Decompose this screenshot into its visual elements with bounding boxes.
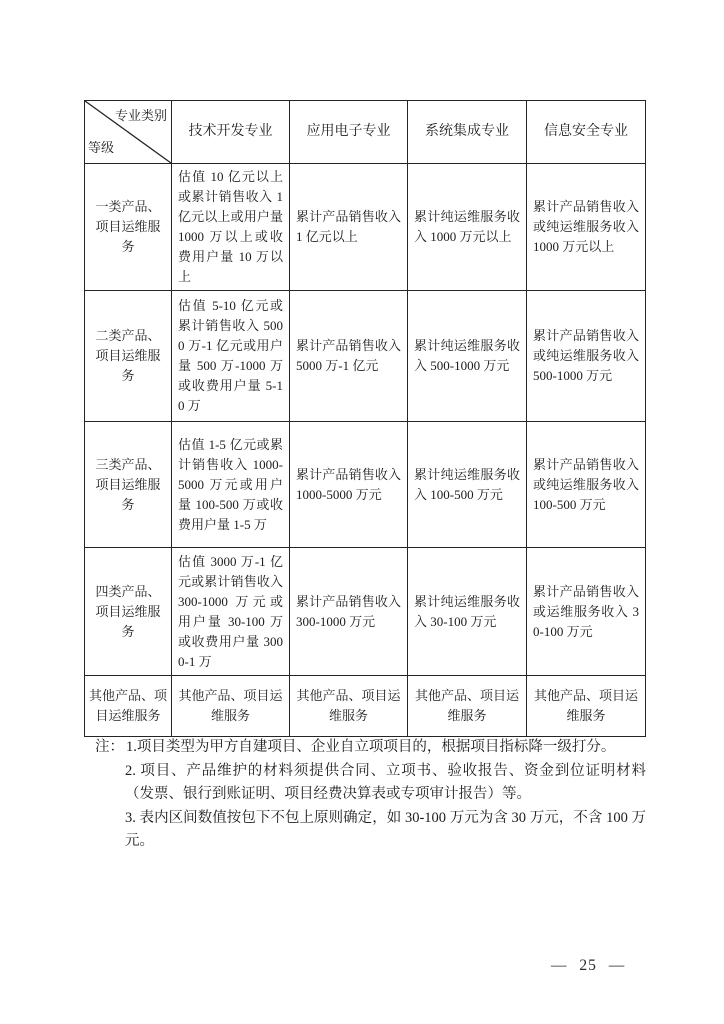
corner-label-grade: 等级 — [88, 138, 114, 158]
row-level-label: 其他产品、项目运维服务 — [85, 676, 172, 737]
table-cell: 其他产品、项目运维服务 — [527, 676, 646, 737]
table-row-level-1: 一类产品、项目运维服务 估值 10 亿元以上或累计销售收入 1 亿元以上或用户量… — [85, 164, 646, 291]
table-cell: 累计产品销售收入或纯运维服务收入 500-1000 万元 — [527, 291, 646, 422]
table-cell: 累计产品销售收入 5000 万-1 亿元 — [290, 291, 408, 422]
page-number: — 25 — — [551, 957, 625, 975]
table-cell: 累计纯运维服务收入 100-500 万元 — [408, 422, 527, 548]
row-level-label: 三类产品、项目运维服务 — [85, 422, 172, 548]
row-level-label: 二类产品、项目运维服务 — [85, 291, 172, 422]
footnote-1: 注：1.项目类型为甲方自建项目、企业自立项项目的，根据项目指标降一级打分。 — [95, 736, 646, 760]
table-header-row: 专业类别 等级 技术开发专业 应用电子专业 系统集成专业 信息安全专业 — [85, 101, 646, 164]
table-cell: 估值 10 亿元以上或累计销售收入 1 亿元以上或用户量 1000 万以上或收费… — [172, 164, 290, 291]
column-header-system-integration: 系统集成专业 — [408, 101, 527, 164]
table-row-level-3: 三类产品、项目运维服务 估值 1-5 亿元或累计销售收入 1000-5000 万… — [85, 422, 646, 548]
table-row-level-4: 四类产品、项目运维服务 估值 3000 万-1 亿元或累计销售收入 300-10… — [85, 548, 646, 676]
corner-header-cell: 专业类别 等级 — [85, 101, 172, 164]
table-cell: 累计纯运维服务收入 1000 万元以上 — [408, 164, 527, 291]
footnotes-block: 注：1.项目类型为甲方自建项目、企业自立项项目的，根据项目指标降一级打分。 2.… — [95, 736, 646, 854]
table-cell: 累计纯运维服务收入 30-100 万元 — [408, 548, 527, 676]
column-header-info-security: 信息安全专业 — [527, 101, 646, 164]
table-cell: 累计产品销售收入 1 亿元以上 — [290, 164, 408, 291]
footnote-label: 注： — [95, 739, 124, 755]
footnote-3: 3. 表内区间数值按包下不包上原则确定，如 30-100 万元为含 30 万元，… — [125, 807, 646, 854]
table-row-other: 其他产品、项目运维服务 其他产品、项目运维服务 其他产品、项目运维服务 其他产品… — [85, 676, 646, 737]
table-cell: 累计纯运维服务收入 500-1000 万元 — [408, 291, 527, 422]
row-level-label: 一类产品、项目运维服务 — [85, 164, 172, 291]
column-header-applied-electronics: 应用电子专业 — [290, 101, 408, 164]
table-cell: 累计产品销售收入或纯运维服务收入 1000 万元以上 — [527, 164, 646, 291]
row-level-label: 四类产品、项目运维服务 — [85, 548, 172, 676]
grade-table: 专业类别 等级 技术开发专业 应用电子专业 系统集成专业 信息安全专业 一类产品… — [84, 100, 646, 737]
footnote-2: 2. 项目、产品维护的材料须提供合同、立项书、验收报告、资金到位证明材料（发票、… — [125, 760, 646, 807]
table-row-level-2: 二类产品、项目运维服务 估值 5-10 亿元或累计销售收入 5000 万-1 亿… — [85, 291, 646, 422]
document-page: 专业类别 等级 技术开发专业 应用电子专业 系统集成专业 信息安全专业 一类产品… — [0, 0, 724, 1024]
column-header-tech-dev: 技术开发专业 — [172, 101, 290, 164]
table-cell: 累计产品销售收入或运维服务收入 30-100 万元 — [527, 548, 646, 676]
table-cell: 累计产品销售收入 1000-5000 万元 — [290, 422, 408, 548]
table-cell: 其他产品、项目运维服务 — [408, 676, 527, 737]
table-cell: 估值 3000 万-1 亿元或累计销售收入 300-1000 万元或用户量 30… — [172, 548, 290, 676]
table-cell: 累计产品销售收入或纯运维服务收入 100-500 万元 — [527, 422, 646, 548]
table-cell: 累计产品销售收入 300-1000 万元 — [290, 548, 408, 676]
corner-label-category: 专业类别 — [115, 106, 167, 126]
table-cell: 估值 5-10 亿元或累计销售收入 5000 万-1 亿元或用户量 500 万-… — [172, 291, 290, 422]
table-cell: 其他产品、项目运维服务 — [172, 676, 290, 737]
table-cell: 其他产品、项目运维服务 — [290, 676, 408, 737]
table-cell: 估值 1-5 亿元或累计销售收入 1000-5000 万元或用户量 100-50… — [172, 422, 290, 548]
footnote-1-text: 1.项目类型为甲方自建项目、企业自立项项目的，根据项目指标降一级打分。 — [126, 739, 615, 755]
